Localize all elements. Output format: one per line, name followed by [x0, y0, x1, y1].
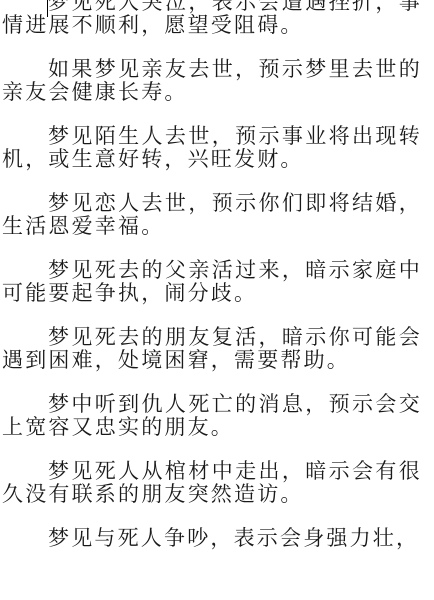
- paragraph-3: 梦见陌生人去世，预示事业将出现转机，或生意好转，兴旺发财。: [2, 125, 422, 171]
- paragraph-2: 如果梦见亲友去世，预示梦里去世的亲友会健康长寿。: [2, 58, 422, 104]
- paragraph-1: 梦见死人哭泣，表示会遭遇挫折，事情进展不顺利，愿望受阻碍。: [2, 0, 422, 37]
- text-cursor: [47, 0, 48, 17]
- paragraph-5: 梦见死去的父亲活过来，暗示家庭中可能要起争执，闹分歧。: [2, 259, 422, 305]
- paragraph-6: 梦见死去的朋友复活，暗示你可能会遇到困难，处境困窘，需要帮助。: [2, 326, 422, 372]
- document-body[interactable]: 梦见死人哭泣，表示会遭遇挫折，事情进展不顺利，愿望受阻碍。 如果梦见亲友去世，预…: [2, 0, 422, 571]
- paragraph-9: 梦见与死人争吵，表示会身强力壮，: [2, 527, 422, 550]
- paragraph-8: 梦见死人从棺材中走出，暗示会有很久没有联系的朋友突然造访。: [2, 460, 422, 506]
- paragraph-7: 梦中听到仇人死亡的消息，预示会交上宽容又忠实的朋友。: [2, 393, 422, 439]
- paragraph-4: 梦见恋人去世，预示你们即将结婚，生活恩爱幸福。: [2, 192, 422, 238]
